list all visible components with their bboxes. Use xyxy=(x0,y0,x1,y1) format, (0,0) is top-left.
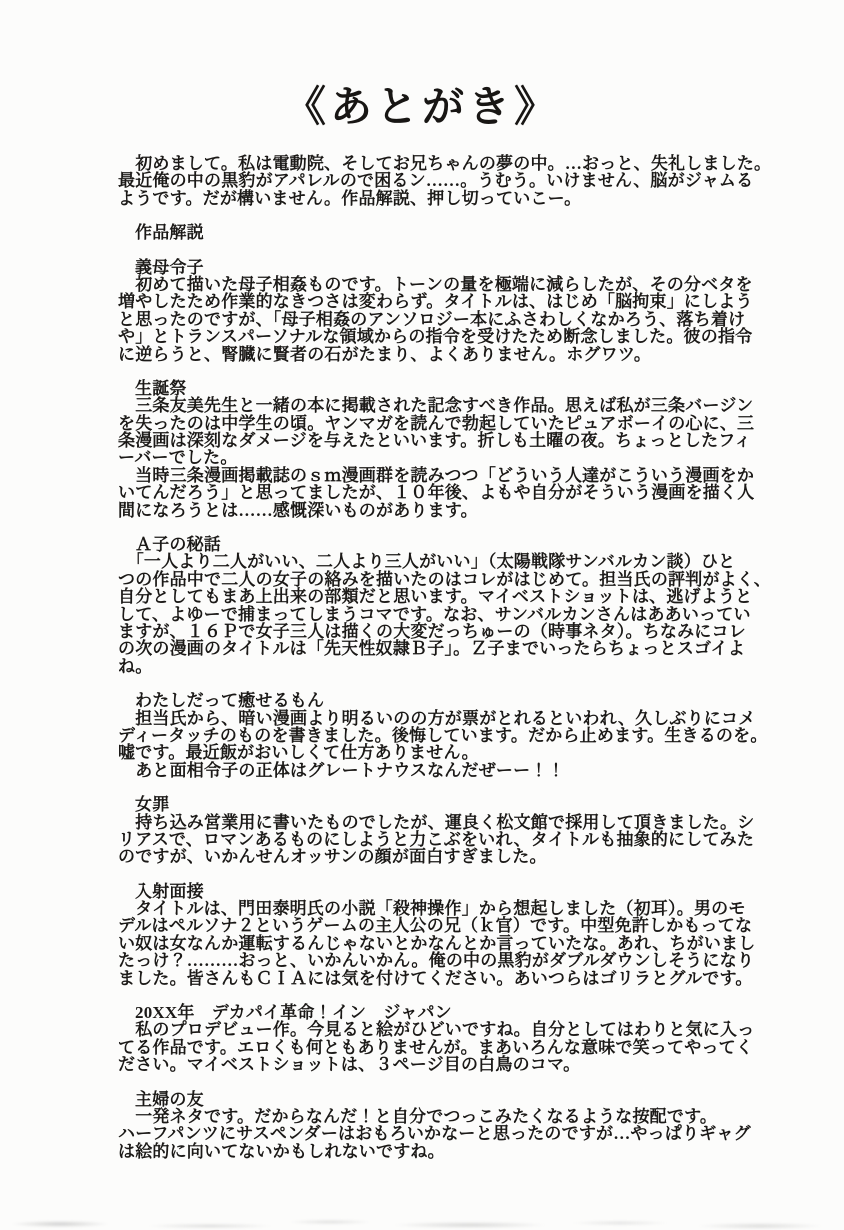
section-shufu-no-tomo: 主婦の友 一発ネタです。だからなんだ！と自分でつっこみたくなるような按配です。 … xyxy=(118,1091,790,1161)
text-line: タイトルは、門田泰明氏の小説「殺神操作」から想起しました（初耳）。男のモ xyxy=(118,900,790,917)
text-line: ーバーでした。 xyxy=(118,449,790,466)
afterword-page: 《あとがき》 初めまして。私は電動院、そしてお兄ちゃんの夢の中。…おっと、失礼し… xyxy=(0,0,844,1230)
section-onnazai: 女罪 持ち込み営業用に書いたものでしたが、運良く松文館で採用して頂きました。シ … xyxy=(118,796,790,866)
section-heading: 義母令子 xyxy=(118,259,790,276)
section-heading: 主婦の友 xyxy=(118,1091,790,1108)
section-heading: 入射面接 xyxy=(118,883,790,900)
text-line: に逆らうと、腎臓に賢者の石がたまり、よくありません。ホグワツ。 xyxy=(118,346,790,363)
text-line: と思ったのですが、「母子相姦のアンソロジー本にふさわしくなかろう、落ち着け xyxy=(118,311,790,328)
text-line: 持ち込み営業用に書いたものでしたが、運良く松文館で採用して頂きました。シ xyxy=(118,814,790,831)
text-line: 初めて描いた母子相姦ものです。トーンの量を極端に減らしたが、その分ベタを xyxy=(118,276,790,293)
section-heading: 生誕祭 xyxy=(118,380,790,397)
text-line: ようです。だが構いません。作品解説、押し切っていこー。 xyxy=(118,190,790,207)
text-line: 自分としてもまあ上出来の部類だと思います。マイベストショットは、逃げようと xyxy=(118,588,790,605)
section-nyuusha-mensetsu: 入射面接 タイトルは、門田泰明氏の小説「殺神操作」から想起しました（初耳）。男の… xyxy=(118,883,790,987)
section-20xx-dekapai-kakumei: 20XX年 デカパイ革命！イン ジャパン 私のプロデビュー作。今見ると絵がひどい… xyxy=(118,1004,790,1074)
text-line: つの作品中で二人の女子の絡みを描いたのはコレがはじめて。担当氏の評判がよく、 xyxy=(118,571,790,588)
text-line: 当時三条漫画掲載誌のｓｍ漫画群を読みつつ「どういう人達がこういう漫画をか xyxy=(118,467,790,484)
text-line: 間になろうとは……感慨深いものがあります。 xyxy=(118,502,790,519)
text-line: 三条友美先生と一緒の本に掲載された記念すべき作品。思えば私が三条バージン xyxy=(118,397,790,414)
text-line: 私のプロデビュー作。今見ると絵がひどいですね。自分としてはわりと気に入っ xyxy=(118,1021,790,1038)
text-line: 担当氏から、暗い漫画より明るいのの方が票がとれるといわれ、久しぶりにコメ xyxy=(118,710,790,727)
text-line: ますが、１６Ｐで女子三人は描くの大変だっちゅーの（時事ネタ）。ちなみにコレ xyxy=(118,623,790,640)
text-line: てる作品です。エロくも何ともありませんが。まあいろんな意味で笑ってやってく xyxy=(118,1039,790,1056)
text-line: ディータッチのものを書きました。後悔しています。だから止めます。生きるのを。 xyxy=(118,727,790,744)
section-heading: 女罪 xyxy=(118,796,790,813)
page-title: 《あとがき》 xyxy=(0,74,844,134)
text-line: ハーフパンツにサスペンダーはおもろいかなーと思ったのですが…やっぱりギャグ xyxy=(118,1125,790,1142)
text-line: して、よゆーで捕まってしまうコマです。なお、サンバルカンさんはああいってい xyxy=(118,606,790,623)
text-line: は絵的に向いてないかもしれないですね。 xyxy=(118,1143,790,1160)
section-watashi-datte-iyaserumon: わたしだって癒せるもん 担当氏から、暗い漫画より明るいのの方が票がとれるといわれ… xyxy=(118,692,790,779)
text-line: あと面相令子の正体はグレートナウスなんだぜーー！！ xyxy=(118,762,790,779)
text-line: 一発ネタです。だからなんだ！と自分でつっこみたくなるような按配です。 xyxy=(118,1108,790,1125)
section-heading: Ａ子の秘話 xyxy=(118,536,790,553)
text-line: の次の漫画のタイトルは「先天性奴隷Ｂ子」。Ｚ子までいったらちょっとスゴイよ xyxy=(118,640,790,657)
text-line: 嘘です。最近飯がおいしくて仕方ありません。 xyxy=(118,744,790,761)
text-line: 最近俺の中の黒豹がアパレルので困るン……。うむう。いけません、脳がジャムる xyxy=(118,172,790,189)
works-commentary-header: 作品解説 xyxy=(118,224,790,241)
text-line: のですが、いかんせんオッサンの顔が面白すぎました。 xyxy=(118,848,790,865)
section-seitansai: 生誕祭 三条友美先生と一緒の本に掲載された記念すべき作品。思えば私が三条バージン… xyxy=(118,380,790,519)
section-heading: 20XX年 デカパイ革命！イン ジャパン xyxy=(118,1004,790,1021)
text-line: や」とトランスパーソナルな領域からの指令を受けたため断念しました。彼の指令 xyxy=(118,328,790,345)
text-line: リアスで、ロマンあるものにしようと力こぶをいれ、タイトルも抽象的にしてみた xyxy=(118,831,790,848)
text-line: デルはペルソナ２というゲームの主人公の兄（ｋ官）です。中型免許しかもってな xyxy=(118,917,790,934)
text-line: ださい。マイベストショットは、３ページ目の白鳥のコマ。 xyxy=(118,1056,790,1073)
text-line: 初めまして。私は電動院、そしてお兄ちゃんの夢の中。…おっと、失礼しました。 xyxy=(118,155,790,172)
scan-noise xyxy=(0,1208,844,1230)
section-a-ko-no-hiwa: Ａ子の秘話 「一人より二人がいい、二人より三人がいい」（太陽戦隊サンバルカン談）… xyxy=(118,536,790,675)
text-line: いてんだろう」と思ってましたが、１０年後、よもや自分がそういう漫画を描く人 xyxy=(118,484,790,501)
text-line: い奴は女なんか運転するんじゃないとかなんとか言っていたな。あれ、ちがいまし xyxy=(118,935,790,952)
text-line: ね。 xyxy=(118,658,790,675)
text-line: を失ったのは中学生の頃。ヤンマガを読んで勃起していたピュアボーイの心に、三 xyxy=(118,415,790,432)
section-heading: わたしだって癒せるもん xyxy=(118,692,790,709)
text-line: たっけ？………おっと、いかんいかん。俺の中の黒豹がダブルダウンしそうになり xyxy=(118,952,790,969)
afterword-body: 初めまして。私は電動院、そしてお兄ちゃんの夢の中。…おっと、失礼しました。 最近… xyxy=(118,155,790,1160)
intro-paragraph: 初めまして。私は電動院、そしてお兄ちゃんの夢の中。…おっと、失礼しました。 最近… xyxy=(118,155,790,207)
text-line: ました。皆さんもＣＩＡには気を付けてください。あいつらはゴリラとグルです。 xyxy=(118,970,790,987)
section-gibo-reiko: 義母令子 初めて描いた母子相姦ものです。トーンの量を極端に減らしたが、その分ベタ… xyxy=(118,259,790,363)
text-line: 条漫画は深刻なダメージを与えたといいます。折しも土曜の夜。ちょっとしたフィ xyxy=(118,432,790,449)
text-line: 「一人より二人がいい、二人より三人がいい」（太陽戦隊サンバルカン談）ひと xyxy=(118,553,790,570)
text-line: 増やしたため作業的なきつさは変わらず。タイトルは、はじめ「脳拘束」にしよう xyxy=(118,293,790,310)
